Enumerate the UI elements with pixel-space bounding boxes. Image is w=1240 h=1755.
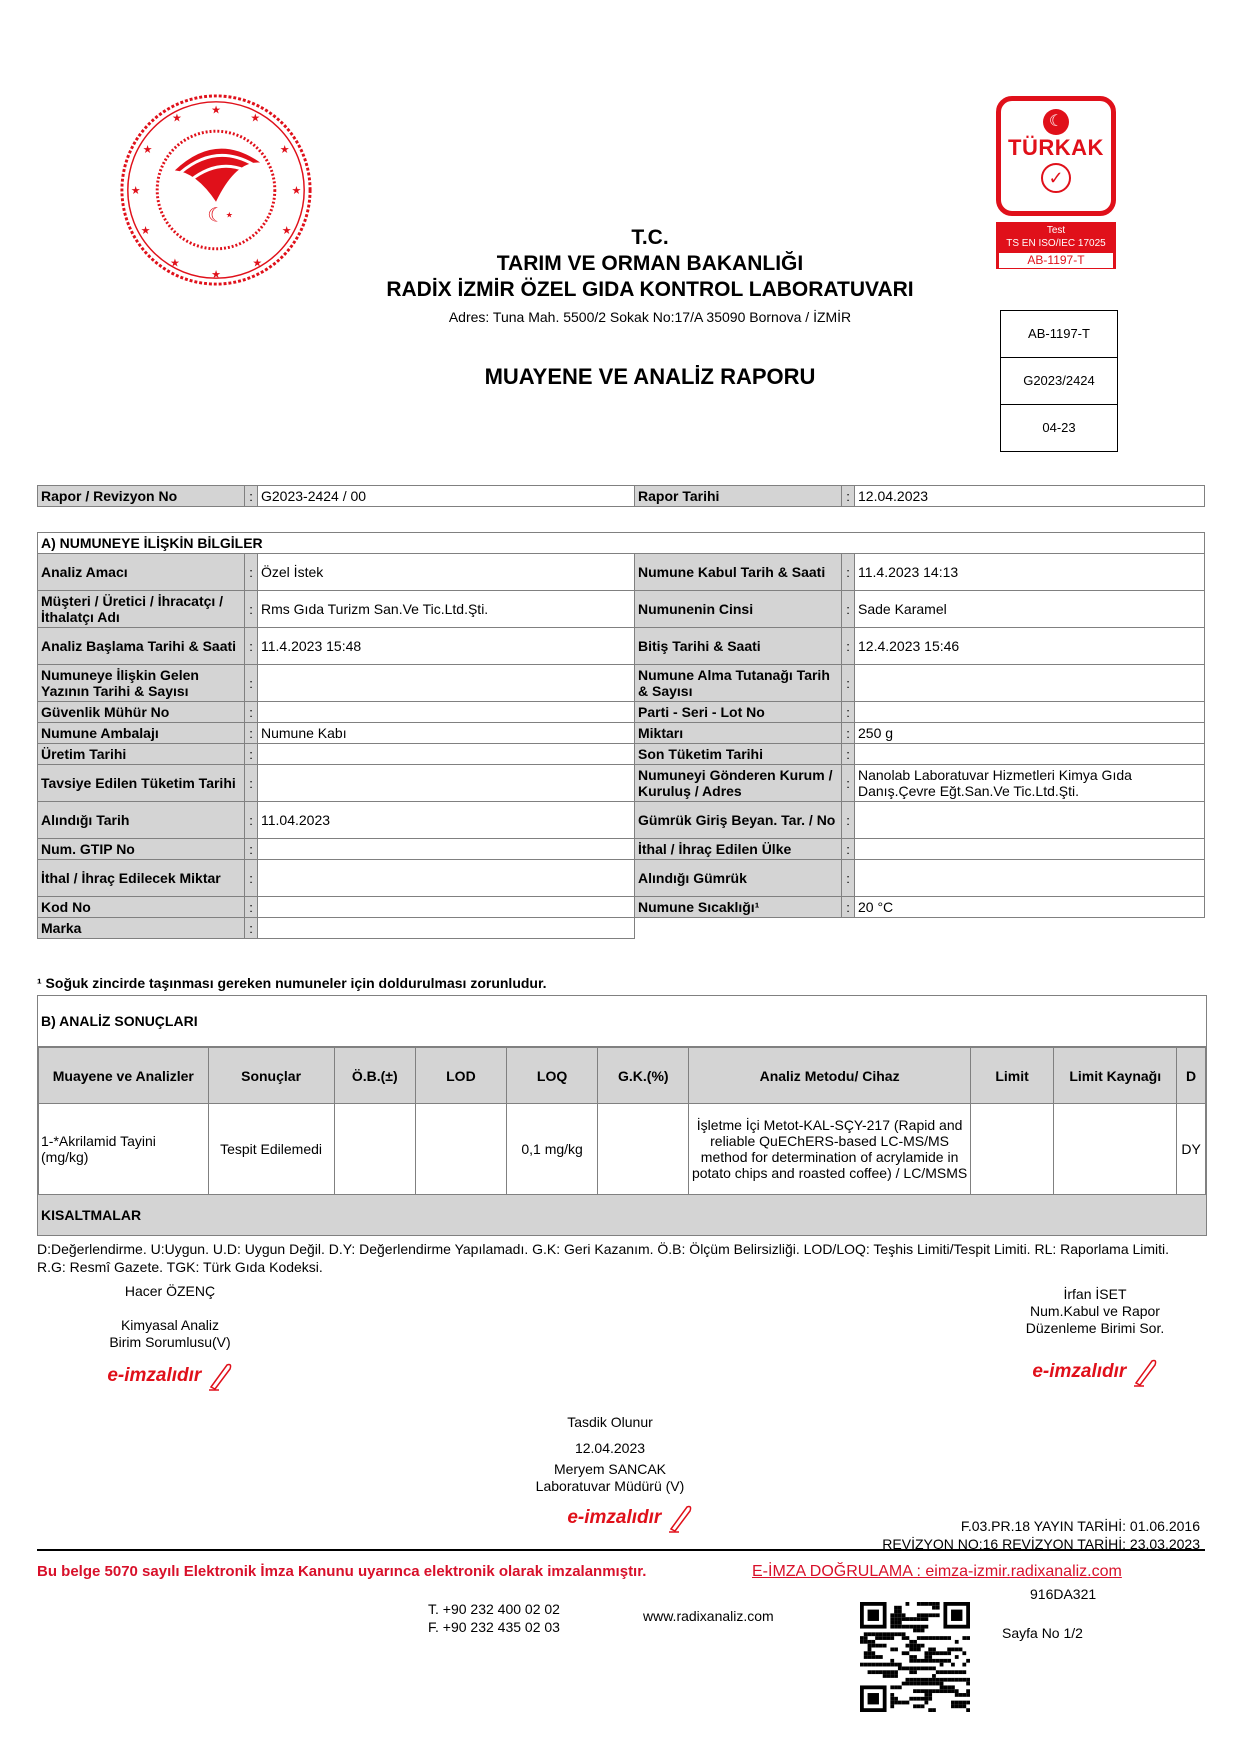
sample-info-row: Numune Ambalajı : Numune KabıMiktarı : 2… <box>38 723 1205 744</box>
result-cell-limit <box>970 1104 1053 1195</box>
report-date-label: Rapor Tarihi <box>635 486 842 507</box>
signer-name: İrfan İSET <box>995 1286 1195 1303</box>
signature-center: Tasdik Olunur 12.04.2023 Meryem SANCAK L… <box>500 1414 720 1533</box>
field-label: Numuneye İlişkin Gelen Yazının Tarihi & … <box>38 665 245 702</box>
signer-name: Hacer ÖZENÇ <box>60 1283 280 1300</box>
field-label: İthal / İhraç Edilen Ülke <box>635 839 842 860</box>
column-header: Sonuçlar <box>208 1048 334 1104</box>
field-label: İthal / İhraç Edilecek Miktar <box>38 860 245 897</box>
ref-report-no: G2023/2424 <box>1001 358 1117 405</box>
field-label: Analiz Amacı <box>38 554 245 591</box>
e-signature-badge: e-imzalıdır <box>995 1357 1195 1387</box>
colon: : <box>245 591 258 628</box>
phone: T. +90 232 400 02 02 <box>428 1600 560 1618</box>
accreditation-standard: TS EN ISO/IEC 17025 <box>996 237 1116 250</box>
svg-text:★: ★ <box>211 269 221 281</box>
field-value <box>855 802 1205 839</box>
colon: : <box>842 486 855 507</box>
field-value <box>258 860 635 897</box>
field-label: Gümrük Giriş Beyan. Tar. / No <box>635 802 842 839</box>
field-label: Numune Alma Tutanağı Tarih & Sayısı <box>635 665 842 702</box>
field-value: Numune Kabı <box>258 723 635 744</box>
sample-info-row: Alındığı Tarih : 11.04.2023Gümrük Giriş … <box>38 802 1205 839</box>
crescent-star-icon: ☾ <box>1043 109 1069 135</box>
colon: : <box>245 554 258 591</box>
colon: : <box>245 702 258 723</box>
result-cell-gk <box>598 1104 689 1195</box>
field-label: Müşteri / Üretici / İhracatçı / İthalatç… <box>38 591 245 628</box>
header-ministry: TARIM VE ORMAN BAKANLIĞI <box>340 252 960 276</box>
contact-info: T. +90 232 400 02 02 F. +90 232 435 02 0… <box>428 1600 560 1636</box>
result-cell-d: DY <box>1177 1104 1206 1195</box>
field-value <box>855 702 1205 723</box>
field-label: Miktarı <box>635 723 842 744</box>
field-label: Tavsiye Edilen Tüketim Tarihi <box>38 765 245 802</box>
page-number: Sayfa No 1/2 <box>1002 1625 1083 1641</box>
field-label: Son Tüketim Tarihi <box>635 744 842 765</box>
abbreviations-text: D:Değerlendirme. U:Uygun. U.D: Uygun Değ… <box>37 1240 1197 1276</box>
field-label: Numune Sıcaklığı¹ <box>635 897 842 918</box>
signature-right: İrfan İSET Num.Kabul ve Rapor Düzenleme … <box>995 1286 1195 1387</box>
colon: : <box>842 628 855 665</box>
colon: : <box>245 839 258 860</box>
field-value: Sade Karamel <box>855 591 1205 628</box>
report-date-value: 12.04.2023 <box>855 486 1205 507</box>
field-value <box>855 744 1205 765</box>
abbreviations-title: KISALTMALAR <box>38 1195 1206 1235</box>
colon: : <box>842 744 855 765</box>
field-value: 12.4.2023 15:46 <box>855 628 1205 665</box>
analysis-results-title: B) ANALİZ SONUÇLARI <box>38 996 1206 1047</box>
signer-title: Düzenleme Birimi Sor. <box>995 1320 1195 1337</box>
sample-info-row: Üretim Tarihi : Son Tüketim Tarihi : <box>38 744 1205 765</box>
svg-text:★: ★ <box>143 144 153 156</box>
svg-text:★: ★ <box>282 225 292 237</box>
colon: : <box>842 665 855 702</box>
svg-text:★: ★ <box>250 112 260 124</box>
result-row: 1-*Akrilamid Tayini (mg/kg)Tespit Edilem… <box>39 1104 1206 1195</box>
svg-text:★: ★ <box>170 257 180 269</box>
colon: : <box>842 897 855 918</box>
field-label: Güvenlik Mühür No <box>38 702 245 723</box>
reference-box: AB-1197-T G2023/2424 04-23 <box>1000 310 1118 452</box>
field-label: Analiz Başlama Tarihi & Saati <box>38 628 245 665</box>
colon: : <box>842 765 855 802</box>
e-signature-badge: e-imzalıdır <box>540 1503 720 1533</box>
sample-info-row: Marka : <box>38 918 1205 939</box>
sample-info-row: Analiz Başlama Tarihi & Saati : 11.4.202… <box>38 628 1205 665</box>
sample-info-row: Analiz Amacı : Özel İstekNumune Kabul Ta… <box>38 554 1205 591</box>
colon: : <box>842 591 855 628</box>
result-cell-method: İşletme İçi Metot-KAL-SÇY-217 (Rapid and… <box>689 1104 971 1195</box>
svg-text:★: ★ <box>280 144 290 156</box>
result-cell-test: 1-*Akrilamid Tayini (mg/kg) <box>39 1104 209 1195</box>
report-info-table: Rapor / Revizyon No : G2023-2424 / 00 Ra… <box>37 485 1205 507</box>
svg-text:★: ★ <box>292 185 302 197</box>
signer-title: Birim Sorumlusu(V) <box>60 1334 280 1351</box>
form-info: F.03.PR.18 YAYIN TARİHİ: 01.06.2016 REVİ… <box>860 1517 1200 1553</box>
field-value: 11.04.2023 <box>258 802 635 839</box>
svg-text:★: ★ <box>226 210 233 219</box>
header-lab-name: RADİX İZMİR ÖZEL GIDA KONTROL LABORATUVA… <box>340 278 960 302</box>
esign-verify-link[interactable]: E-İMZA DOĞRULAMA : eimza-izmir.radixanal… <box>752 1563 1122 1581</box>
field-value: 11.4.2023 14:13 <box>855 554 1205 591</box>
header-tc: T.C. <box>340 226 960 250</box>
signer-title: Kimyasal Analiz <box>60 1317 280 1334</box>
sample-info-row: Num. GTIP No : İthal / İhraç Edilen Ülke… <box>38 839 1205 860</box>
website-link[interactable]: www.radixanaliz.com <box>643 1608 774 1624</box>
svg-text:★: ★ <box>172 112 182 124</box>
cold-chain-footnote: ¹ Soğuk zincirde taşınması gereken numun… <box>37 975 547 991</box>
result-cell-ob <box>334 1104 415 1195</box>
e-signature-badge: e-imzalıdır <box>60 1361 280 1391</box>
turkak-accreditation-logo: ☾ TÜRKAK ✓ Test TS EN ISO/IEC 17025 AB-1… <box>996 96 1116 276</box>
colon: : <box>842 723 855 744</box>
field-value <box>258 665 635 702</box>
field-value <box>855 860 1205 897</box>
field-label: Alındığı Tarih <box>38 802 245 839</box>
field-value <box>258 839 635 860</box>
svg-text:★: ★ <box>141 225 151 237</box>
sample-info-row: Numuneye İlişkin Gelen Yazının Tarihi & … <box>38 665 1205 702</box>
field-value <box>258 897 635 918</box>
field-label: Alındığı Gümrük <box>635 860 842 897</box>
colon: : <box>245 723 258 744</box>
document-code: 916DA321 <box>1030 1586 1096 1602</box>
sample-info-row: Tavsiye Edilen Tüketim Tarihi : Numuneyi… <box>38 765 1205 802</box>
header-address: Adres: Tuna Mah. 5500/2 Sokak No:17/A 35… <box>340 309 960 325</box>
colon: : <box>842 860 855 897</box>
field-label: Numune Ambalajı <box>38 723 245 744</box>
svg-text:☾: ☾ <box>207 204 225 226</box>
sample-info-table: A) NUMUNEYE İLİŞKİN BİLGİLERAnaliz Amacı… <box>37 532 1205 939</box>
section-a-title: A) NUMUNEYE İLİŞKİN BİLGİLER <box>38 533 1205 554</box>
turkak-brand: TÜRKAK <box>1001 135 1111 161</box>
signature-left: Hacer ÖZENÇ Kimyasal Analiz Birim Soruml… <box>60 1283 280 1391</box>
column-header: Muayene ve Analizler <box>39 1048 209 1104</box>
colon: : <box>245 802 258 839</box>
colon: : <box>245 744 258 765</box>
colon: : <box>245 897 258 918</box>
svg-text:★: ★ <box>131 185 141 197</box>
result-cell-loq: 0,1 mg/kg <box>506 1104 597 1195</box>
field-value <box>855 839 1205 860</box>
column-header: Limit Kaynağı <box>1054 1048 1177 1104</box>
field-value: 250 g <box>855 723 1205 744</box>
field-value: 20 °C <box>855 897 1205 918</box>
accreditation-type: Test <box>996 224 1116 237</box>
colon: : <box>842 702 855 723</box>
ref-period: 04-23 <box>1001 405 1117 451</box>
column-header: Ö.B.(±) <box>334 1048 415 1104</box>
field-value: Rms Gıda Turizm San.Ve Tic.Ltd.Şti. <box>258 591 635 628</box>
approval-date: 12.04.2023 <box>500 1440 720 1457</box>
field-label: Marka <box>38 918 245 939</box>
colon: : <box>245 918 258 939</box>
sample-info-row: Müşteri / Üretici / İhracatçı / İthalatç… <box>38 591 1205 628</box>
signer-name: Meryem SANCAK <box>500 1461 720 1478</box>
ref-accreditation-no: AB-1197-T <box>1001 311 1117 358</box>
sample-info-row: Güvenlik Mühür No : Parti - Seri - Lot N… <box>38 702 1205 723</box>
column-header: LOQ <box>506 1048 597 1104</box>
field-label: Üretim Tarihi <box>38 744 245 765</box>
pen-icon <box>667 1503 693 1533</box>
field-value <box>855 665 1205 702</box>
column-header: Analiz Metodu/ Cihaz <box>689 1048 971 1104</box>
form-publish-date: F.03.PR.18 YAYIN TARİHİ: 01.06.2016 <box>860 1517 1200 1535</box>
field-value <box>258 744 635 765</box>
colon: : <box>245 665 258 702</box>
report-no-label: Rapor / Revizyon No <box>38 486 245 507</box>
field-label: Num. GTIP No <box>38 839 245 860</box>
field-label: Bitiş Tarihi & Saati <box>635 628 842 665</box>
legal-notice: Bu belge 5070 sayılı Elektronik İmza Kan… <box>37 1563 646 1580</box>
footer-divider <box>37 1549 1205 1551</box>
accreditation-code: AB-1197-T <box>998 252 1114 269</box>
report-no-value: G2023-2424 / 00 <box>258 486 635 507</box>
signer-title: Num.Kabul ve Rapor <box>995 1303 1195 1320</box>
colon: : <box>245 628 258 665</box>
colon: : <box>245 486 258 507</box>
qr-code-icon <box>860 1602 970 1712</box>
approval-text: Tasdik Olunur <box>500 1414 720 1431</box>
column-header: Limit <box>970 1048 1053 1104</box>
result-cell-result: Tespit Edilemedi <box>208 1104 334 1195</box>
signer-title: Laboratuvar Müdürü (V) <box>500 1478 720 1495</box>
field-label: Numune Kabul Tarih & Saati <box>635 554 842 591</box>
field-value: 11.4.2023 15:48 <box>258 628 635 665</box>
colon: : <box>842 802 855 839</box>
field-value: Özel İstek <box>258 554 635 591</box>
sample-info-row: İthal / İhraç Edilecek Miktar : Alındığı… <box>38 860 1205 897</box>
column-header: LOD <box>415 1048 506 1104</box>
report-title: MUAYENE VE ANALİZ RAPORU <box>340 364 960 390</box>
colon: : <box>245 860 258 897</box>
analysis-results-section: B) ANALİZ SONUÇLARI Muayene ve Analizler… <box>37 995 1207 1236</box>
results-table: Muayene ve AnalizlerSonuçlarÖ.B.(±)LODLO… <box>38 1047 1206 1195</box>
field-label: Numuneyi Gönderen Kurum / Kuruluş / Adre… <box>635 765 842 802</box>
svg-text:★: ★ <box>252 257 262 269</box>
colon: : <box>842 839 855 860</box>
ministry-seal-logo: ★★★ ★★ ★★ ★★ ★★★ ☾ ★ <box>118 92 314 288</box>
check-icon: ✓ <box>1041 163 1071 193</box>
colon: : <box>245 765 258 802</box>
field-value: Nanolab Laboratuvar Hizmetleri Kimya Gıd… <box>855 765 1205 802</box>
result-cell-lod <box>415 1104 506 1195</box>
colon: : <box>842 554 855 591</box>
sample-info-row: Kod No : Numune Sıcaklığı¹ : 20 °C <box>38 897 1205 918</box>
pen-icon <box>207 1361 233 1391</box>
field-label: Kod No <box>38 897 245 918</box>
column-header: G.K.(%) <box>598 1048 689 1104</box>
column-header: D <box>1177 1048 1206 1104</box>
field-value <box>258 702 635 723</box>
field-value <box>258 918 635 939</box>
fax: F. +90 232 435 02 03 <box>428 1618 560 1636</box>
result-cell-limit-source <box>1054 1104 1177 1195</box>
field-label: Parti - Seri - Lot No <box>635 702 842 723</box>
pen-icon <box>1132 1357 1158 1387</box>
svg-text:★: ★ <box>211 105 221 117</box>
field-value <box>258 765 635 802</box>
field-label: Numunenin Cinsi <box>635 591 842 628</box>
